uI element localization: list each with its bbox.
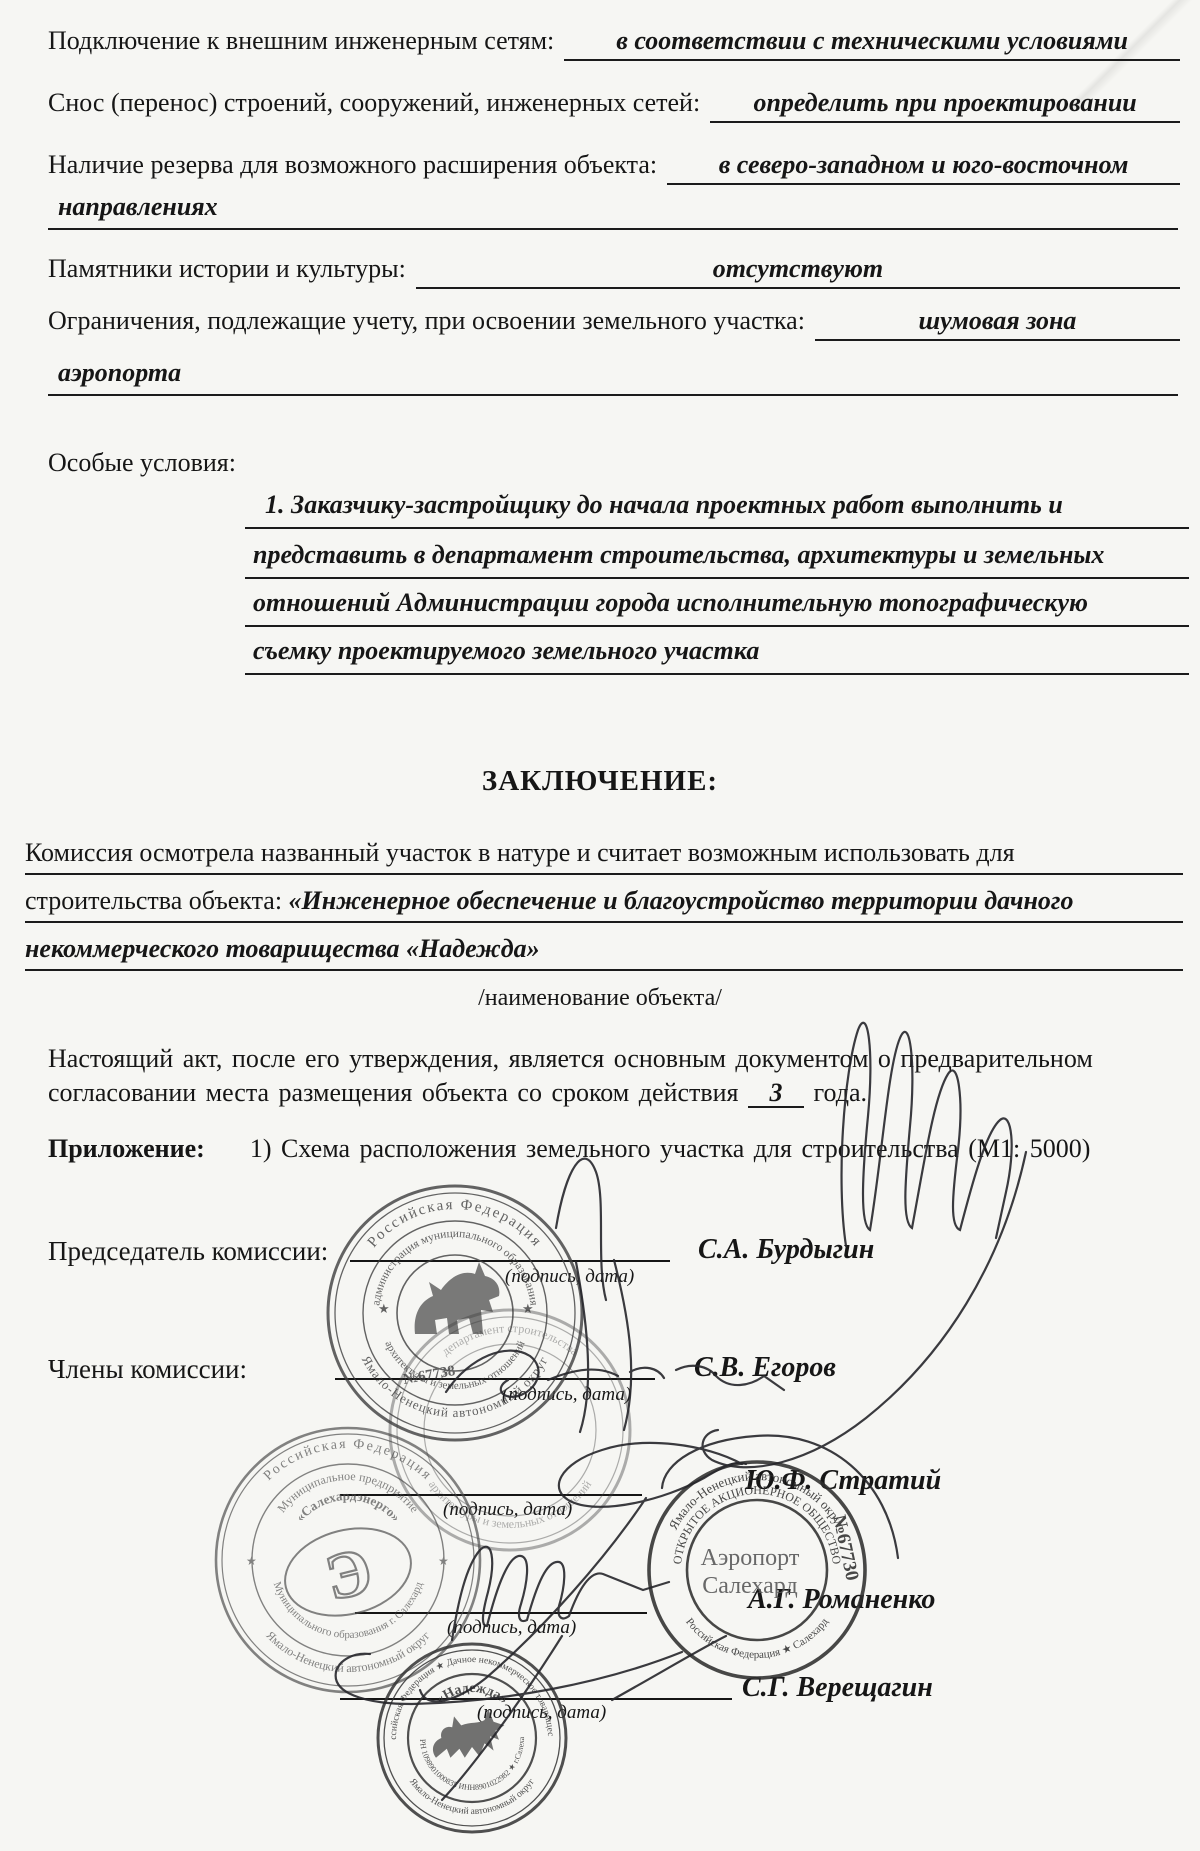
field-row: Подключение к внешним инженерным сетям: … [48,26,1180,61]
field-value: в северо-западном и юго-восточном [667,150,1180,185]
stamp-nadezhda: Российская Федерация ★ Дачное некоммерче… [373,1639,571,1837]
field-label: Наличие резерва для возможного расширени… [48,150,667,180]
stamp-ring-text: Российская Федерация [365,1197,546,1251]
fox-emblem-icon [433,1709,504,1758]
conclusion-line: Комиссия осмотрела названный участок в н… [25,838,1183,875]
field-row: Снос (перенос) строений, сооружений, инж… [48,88,1180,123]
stamp-star: ★ [438,1554,449,1568]
field-row: Памятники истории и культуры: отсутствую… [48,254,1180,289]
conclusion-line-label: строительства объекта: [25,886,282,915]
signatory-name: С.А. Бурдыгин [698,1234,874,1266]
field-row: Ограничения, подлежащие учету, при освое… [48,306,1180,341]
stamp-airport-salekhard: Ямало-Ненецкий автономный округ ОТКРЫТОЕ… [644,1457,870,1683]
conclusion-line: строительства объекта: «Инженерное обесп… [25,886,1183,923]
conclusion-heading: ЗАКЛЮЧЕНИЕ: [0,765,1200,798]
field-label: Памятники истории и культуры: [48,254,416,284]
stamp-center-text: Аэропорт [701,1545,800,1571]
attachment-text: 1) Схема расположения земельного участка… [250,1134,1091,1163]
signatory-name: С.В. Егоров [694,1352,836,1384]
field-continuation: аэропорта [48,358,1178,396]
scanned-act-document: Подключение к внешним инженерным сетям: … [0,0,1200,1851]
field-label: Снос (перенос) строений, сооружений, инж… [48,88,710,118]
svg-text:Российская Федерация ★ Салехар: Российская Федерация ★ Салехард [683,1616,831,1661]
paragraph-text: года. [814,1078,868,1107]
paragraph-line: согласовании места размещения объекта со… [48,1078,1182,1108]
energo-logo-letter: Э [318,1534,379,1616]
stamp-center-text: Салехард [702,1573,797,1599]
stamp-ring-text: Российская Федерация ★ Салехард [683,1616,831,1661]
field-continuation: направлениях [48,192,1178,230]
condition-line: отношений Администрации города исполните… [245,588,1189,627]
signature-role: Члены комиссии: [48,1354,247,1385]
field-value: определить при проектировании [710,88,1180,123]
field-label: Ограничения, подлежащие учету, при освое… [48,306,815,336]
special-conditions-label: Особые условия: [48,448,236,478]
term-value: 3 [748,1080,804,1108]
field-row: Наличие резерва для возможного расширени… [48,150,1180,185]
field-value: отсутствуют [416,254,1180,289]
paragraph-line: Настоящий акт, после его утверждения, яв… [48,1044,1182,1074]
object-name-value: «Инженерное обеспечение и благоустройств… [289,886,1074,915]
signature-role: Председатель комиссии: [48,1236,328,1267]
field-label: Подключение к внешним инженерным сетям: [48,26,564,56]
condition-line: представить в департамент строительства,… [245,540,1189,579]
field-value: в соответствии с техническими условиями [564,26,1180,61]
stamp-ring-text: департамент строительства [439,1321,582,1359]
stamp-company-name: «Надежда» [433,1681,510,1708]
field-value: шумовая зона [815,306,1180,341]
svg-text:Российская Федерация: Российская Федерация [365,1197,546,1251]
svg-text:«Надежда»: «Надежда» [433,1681,510,1708]
paragraph-text: согласовании места размещения объекта со… [48,1078,739,1107]
stamp-star: ★ [246,1554,257,1568]
attachment-line: Приложение: 1) Схема расположения земель… [48,1134,1182,1164]
attachment-label: Приложение: [48,1134,205,1163]
condition-line: 1. Заказчику-застройщику до начала проек… [245,490,1189,529]
object-name-caption: /наименование объекта/ [0,985,1200,1012]
condition-line: съемку проектируемого земельного участка [245,636,1189,675]
conclusion-line: некоммерческого товарищества «Надежда» [25,934,1183,971]
svg-text:департамент строительства: департамент строительства [439,1321,582,1359]
